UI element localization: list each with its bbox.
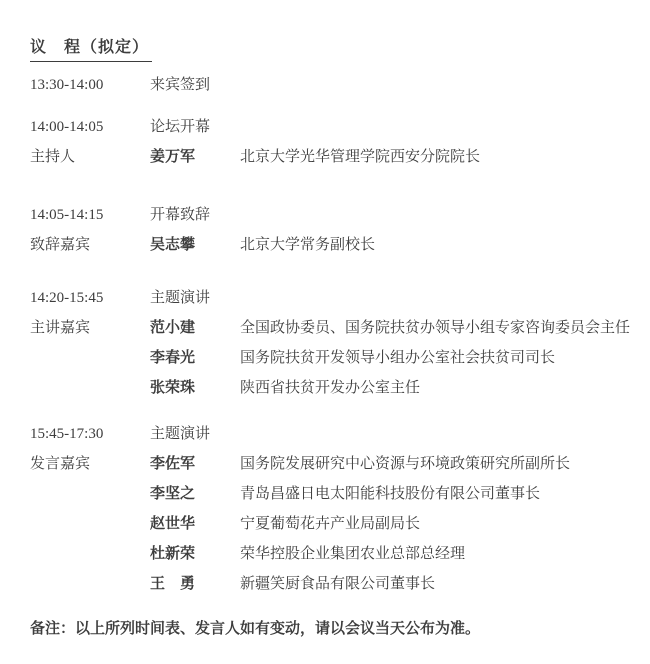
time-cell: 14:05-14:15 — [30, 200, 150, 230]
speaker-name-cell: 李坚之 — [150, 479, 240, 509]
speaker-title-cell: 国务院扶贫开发领导小组办公室社会扶贫司司长 — [240, 343, 632, 373]
time-cell: 13:30-14:00 — [30, 70, 150, 100]
speaker-name-cell: 范小建 — [150, 313, 240, 343]
time-cell: 15:45-17:30 — [30, 419, 150, 449]
speaker-name-cell: 李春光 — [150, 343, 240, 373]
speaker-name-cell: 李佐军 — [150, 449, 240, 479]
agenda-row: 14:00-14:05 论坛开幕 — [30, 112, 632, 142]
agenda-row: 13:30-14:00 来宾签到 — [30, 70, 632, 100]
speaker-name-cell: 杜新荣 — [150, 539, 240, 569]
speaker-title-cell: 国务院发展研究中心资源与环境政策研究所副所长 — [240, 449, 632, 479]
agenda-row: 王 勇 新疆笑厨食品有限公司董事长 — [30, 569, 632, 599]
speaker-title-cell: 陕西省扶贫开发办公室主任 — [240, 373, 632, 403]
agenda-row: 张荣珠 陕西省扶贫开发办公室主任 — [30, 373, 632, 403]
topic-cell: 主题演讲 — [150, 419, 240, 449]
time-cell: 14:00-14:05 — [30, 112, 150, 142]
agenda-section: 13:30-14:00 来宾签到 — [30, 70, 632, 100]
agenda-row: 李春光 国务院扶贫开发领导小组办公室社会扶贫司司长 — [30, 343, 632, 373]
agenda-section: 14:05-14:15 开幕致辞 致辞嘉宾 吴志攀 北京大学常务副校长 — [30, 200, 632, 260]
agenda-row: 致辞嘉宾 吴志攀 北京大学常务副校长 — [30, 230, 632, 260]
agenda-row: 14:05-14:15 开幕致辞 — [30, 200, 632, 230]
speaker-title-cell: 宁夏葡萄花卉产业局副局长 — [240, 509, 632, 539]
agenda-section: 14:20-15:45 主题演讲 主讲嘉宾 范小建 全国政协委员、国务院扶贫办领… — [30, 283, 632, 403]
agenda-section: 14:00-14:05 论坛开幕 主持人 姜万军 北京大学光华管理学院西安分院院… — [30, 112, 632, 172]
agenda-row: 发言嘉宾 李佐军 国务院发展研究中心资源与环境政策研究所副所长 — [30, 449, 632, 479]
role-cell: 致辞嘉宾 — [30, 230, 150, 260]
agenda-section: 15:45-17:30 主题演讲 发言嘉宾 李佐军 国务院发展研究中心资源与环境… — [30, 419, 632, 599]
agenda-row: 主持人 姜万军 北京大学光华管理学院西安分院院长 — [30, 142, 632, 172]
topic-cell: 来宾签到 — [150, 70, 240, 100]
speaker-title-cell: 青岛昌盛日电太阳能科技股份有限公司董事长 — [240, 479, 632, 509]
topic-cell: 论坛开幕 — [150, 112, 240, 142]
speaker-title-cell: 北京大学常务副校长 — [240, 230, 632, 260]
speaker-name-cell: 张荣珠 — [150, 373, 240, 403]
agenda-row: 14:20-15:45 主题演讲 — [30, 283, 632, 313]
agenda-row: 主讲嘉宾 范小建 全国政协委员、国务院扶贫办领导小组专家咨询委员会主任 — [30, 313, 632, 343]
speaker-title-cell: 新疆笑厨食品有限公司董事长 — [240, 569, 632, 599]
agenda-row: 杜新荣 荣华控股企业集团农业总部总经理 — [30, 539, 632, 569]
speaker-title-cell: 全国政协委员、国务院扶贫办领导小组专家咨询委员会主任 — [240, 313, 632, 343]
page-title: 议 程（拟定） — [30, 38, 152, 62]
agenda-row: 李坚之 青岛昌盛日电太阳能科技股份有限公司董事长 — [30, 479, 632, 509]
role-cell: 主讲嘉宾 — [30, 313, 150, 343]
speaker-name-cell: 姜万军 — [150, 142, 240, 172]
time-cell: 14:20-15:45 — [30, 283, 150, 313]
speaker-name-cell: 王 勇 — [150, 569, 240, 599]
speaker-name-cell: 吴志攀 — [150, 230, 240, 260]
speaker-title-cell: 北京大学光华管理学院西安分院院长 — [240, 142, 632, 172]
note-text: 备注：以上所列时间表、发言人如有变动，请以会议当天公布为准。 — [30, 614, 632, 644]
role-cell: 主持人 — [30, 142, 150, 172]
agenda-row: 15:45-17:30 主题演讲 — [30, 419, 632, 449]
agenda-document: 议 程（拟定） 13:30-14:00 来宾签到 14:00-14:05 论坛开… — [0, 0, 650, 664]
topic-cell: 开幕致辞 — [150, 200, 240, 230]
speaker-title-cell: 荣华控股企业集团农业总部总经理 — [240, 539, 632, 569]
agenda-row: 赵世华 宁夏葡萄花卉产业局副局长 — [30, 509, 632, 539]
role-cell: 发言嘉宾 — [30, 449, 150, 479]
topic-cell: 主题演讲 — [150, 283, 240, 313]
speaker-name-cell: 赵世华 — [150, 509, 240, 539]
